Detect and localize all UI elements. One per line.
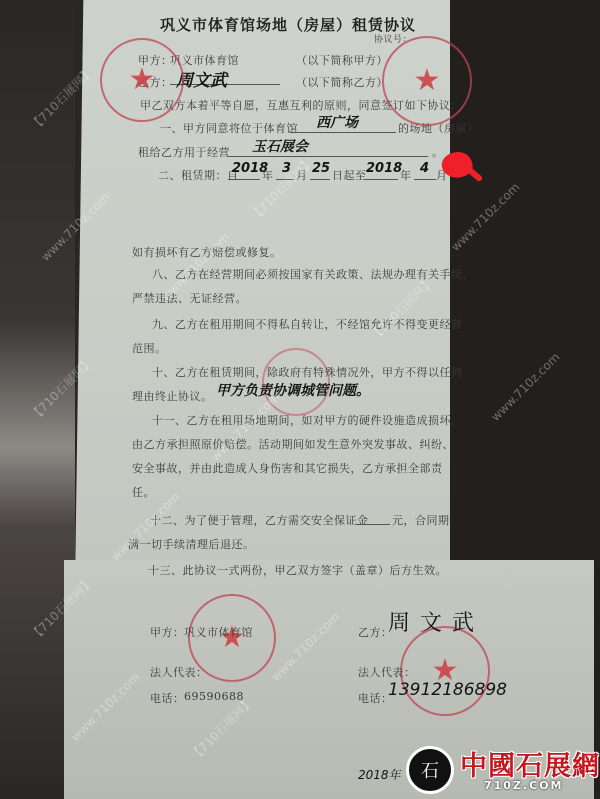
end-month-handwritten: 4 xyxy=(420,161,429,176)
star-icon: ★ xyxy=(129,65,156,95)
sign-b-rep-label: 法人代表： xyxy=(358,664,416,680)
clause-12-line-2: 满一切手续清理后退还。 xyxy=(128,536,255,552)
clause-1-part-3: 租给乙方用于经营 xyxy=(138,144,230,160)
clause-9-line-2: 范围。 xyxy=(132,340,167,356)
clause-8-line-2: 严禁违法、无证经营。 xyxy=(132,290,247,306)
sign-b-phone-handwritten: 13912186898 xyxy=(388,680,507,700)
end-month-underline xyxy=(414,179,436,180)
clause-11-line-1: 十一、乙方在租用场地期间，如对甲方的硬件设施造成损坏， xyxy=(152,412,463,428)
site-logo[interactable]: 石 中國石展網 710Z.COM xyxy=(400,742,600,799)
logo-title: 中國石展網 xyxy=(460,744,600,783)
sign-a-phone-label: 电话： xyxy=(150,690,185,706)
top-right-stamp: ★ xyxy=(382,36,472,126)
clause-11-line-3: 安全事故，并由此造成人身伤害和其它损失，乙方承担全部责 xyxy=(132,460,443,476)
logo-emblem-icon: 石 xyxy=(406,746,454,794)
from-label: 日起至 xyxy=(332,167,367,183)
purpose-handwritten: 玉石展会 xyxy=(252,136,308,156)
start-day-underline xyxy=(310,179,330,180)
clause-9-line-1: 九、乙方在租用期间不得私自转让，不经馆允许不得变更经营 xyxy=(152,316,463,332)
clause-10-handwritten-addendum: 甲方负责协调城管问题。 xyxy=(216,380,370,400)
location-handwritten: 西广场 xyxy=(316,112,358,132)
location-underline xyxy=(290,132,396,133)
logo-url: 710Z.COM xyxy=(484,779,564,792)
clause-1-part-1: 一、甲方同意将位于体育馆 xyxy=(160,120,298,136)
sign-a-name: 巩义市体育馆 xyxy=(184,624,253,640)
deposit-amount-underline xyxy=(356,524,390,525)
clause-12-part-1: 十二、为了便于管理，乙方需交安全保证金 xyxy=(150,512,369,528)
date-handwritten: 2018年 xyxy=(358,766,401,783)
year-label: 年 xyxy=(262,167,274,183)
end-year-handwritten: 2018 xyxy=(366,161,402,176)
clause-13: 十三、此协议一式两份，甲乙双方签字（盖章）后方生效。 xyxy=(148,562,447,578)
clause-2-prefix: 二、租赁期：自 xyxy=(158,167,239,183)
clause-10-line-2: 理由终止协议。 xyxy=(132,388,213,404)
end-year-underline xyxy=(364,179,398,180)
party-b-alias: （以下简称乙方） xyxy=(296,74,388,90)
sign-a-label: 甲方： xyxy=(150,624,185,640)
sign-b-signature: 周文武 xyxy=(388,606,484,637)
purpose-underline xyxy=(228,156,428,157)
clause-1-end: 。 xyxy=(432,144,444,160)
party-a-alias: （以下简称甲方） xyxy=(296,52,388,68)
end-year-label: 年 xyxy=(400,167,412,183)
clause-12-part-2: 元，合同期 xyxy=(392,512,450,528)
sign-a-rep-label: 法人代表： xyxy=(150,664,208,680)
top-left-stamp: ★ xyxy=(100,38,184,122)
clause-10-line-1: 十、乙方在租赁期间，除政府有特殊情况外，甲方不得以任何 xyxy=(152,364,463,380)
clause-11-line-4: 任。 xyxy=(132,484,155,500)
start-year-underline xyxy=(228,179,260,180)
clause-11-line-2: 由乙方承担照原价赔偿。活动期间如发生意外突发事故、纠纷、 xyxy=(132,436,454,452)
star-icon: ★ xyxy=(414,66,441,96)
